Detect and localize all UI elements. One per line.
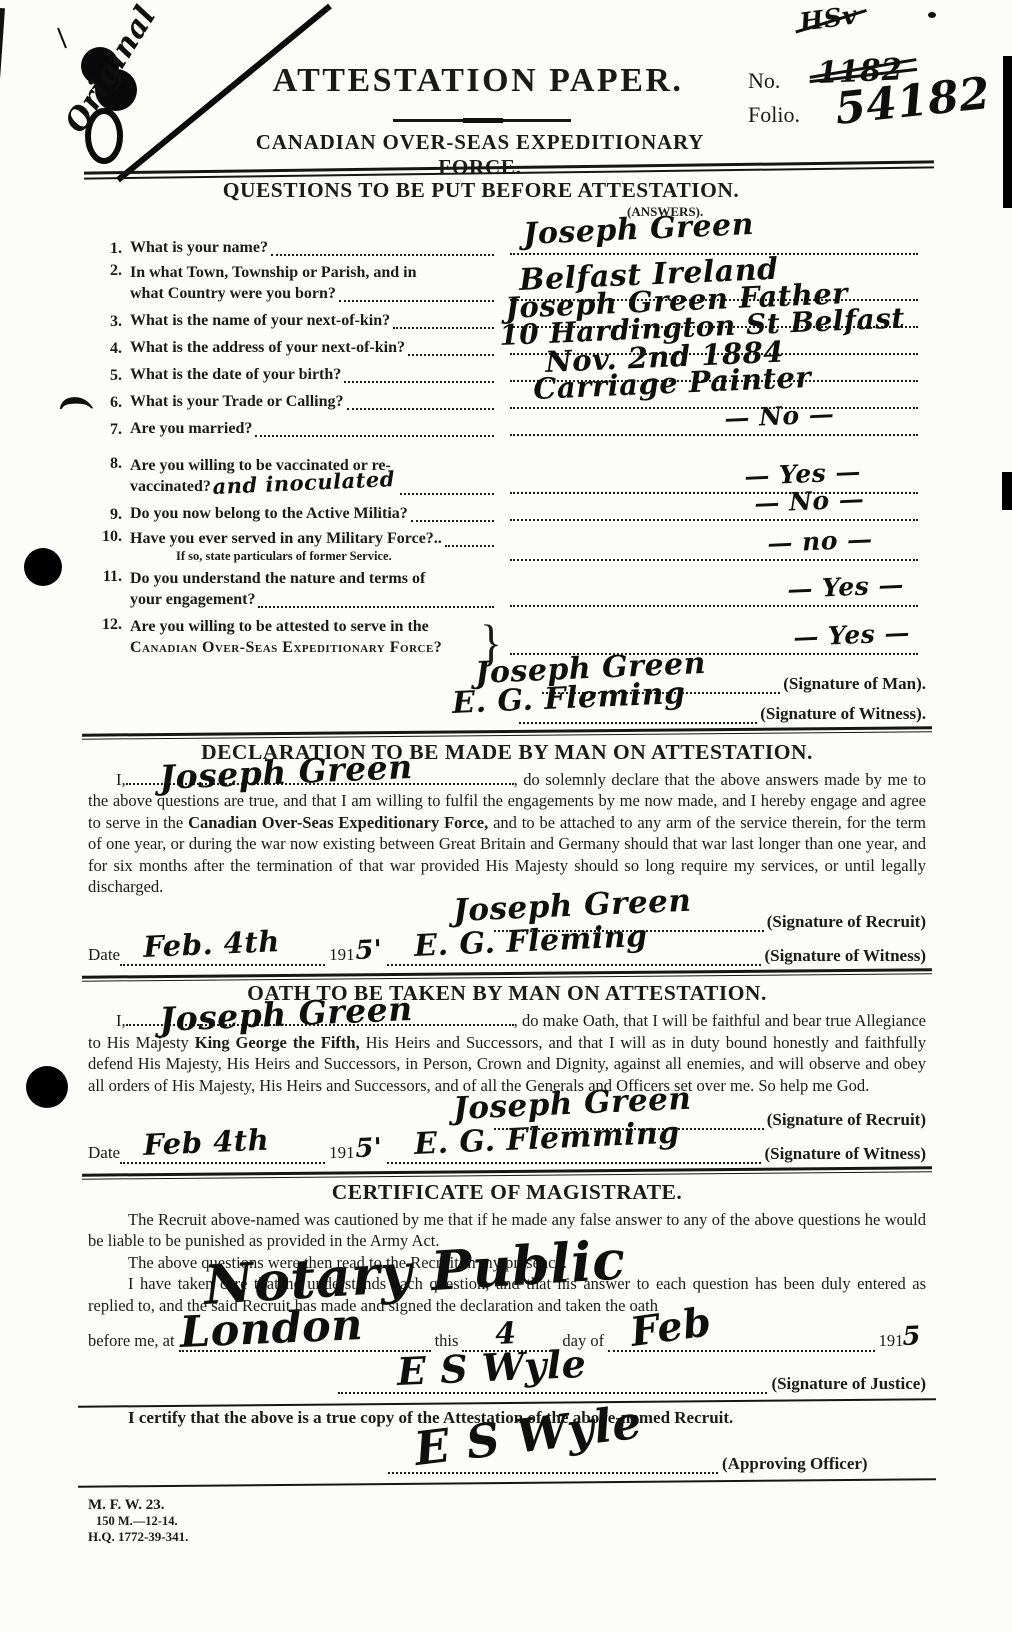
signature-of-witness-label: (Signature of Witness).	[760, 704, 926, 724]
signature-line: E S Wyle	[338, 1392, 767, 1394]
answer-10: — no —	[510, 524, 926, 564]
dotted-leader	[408, 350, 494, 356]
question-number: 11.	[88, 568, 130, 586]
scan-edge-artifact	[1003, 56, 1012, 208]
hq-reference: H.Q. 1772-39-341.	[88, 1529, 926, 1545]
oath-intro: I,	[88, 1011, 126, 1030]
date-handwriting: Feb. 4th	[143, 924, 281, 964]
answer-11: — Yes —	[510, 564, 926, 610]
question-text: Are you willing to be attested to serve …	[130, 616, 496, 637]
printed-year: 191	[325, 945, 356, 966]
month-handwriting: Feb	[628, 1298, 715, 1356]
dotted-leader	[411, 516, 494, 522]
signature-of-man-label: (Signature of Man).	[783, 674, 926, 694]
ink-speck	[928, 12, 936, 18]
question-text: What is your name?	[130, 237, 268, 258]
dotted-leader	[339, 296, 494, 302]
question-text: What is the address of your next-of-kin?	[130, 337, 405, 358]
attestation-paper-scan: Original HSv ( ATTESTATION PAPER. CANADI…	[0, 0, 1012, 1632]
magistrate-section: The Recruit above-named was cautioned by…	[88, 1209, 926, 1484]
question-row-10: 10. Have you ever served in any Military…	[88, 524, 926, 564]
question-text: Do you now belong to the Active Militia?	[130, 503, 408, 524]
answer-7: — No —	[510, 412, 926, 439]
question-number: 3.	[88, 313, 130, 331]
inserted-handwriting: and inoculated	[212, 468, 395, 497]
justice-signature-handwriting: E S Wyle	[396, 1341, 587, 1394]
printed-year: 191	[325, 1143, 356, 1164]
answer-handwriting: — Yes —	[793, 618, 911, 652]
question-number: 5.	[88, 367, 130, 385]
witness-blank: E. G. Flemming	[387, 1162, 762, 1164]
question-text: Do you understand the nature and terms o…	[130, 568, 496, 589]
approving-officer-row: E S Wyle (Approving Officer)	[388, 1428, 926, 1474]
question-row-1: 1. What is your name? Joseph Green	[88, 230, 926, 258]
question-text: vaccinated?	[130, 476, 211, 497]
question-text: What is the name of your next-of-kin?	[130, 310, 390, 331]
recruit-name-handwriting: Joseph Green	[159, 997, 413, 1030]
signature-of-witness-label: (Signature of Witness)	[764, 1144, 926, 1164]
no-label: No.	[748, 68, 780, 94]
answer-line	[510, 559, 918, 561]
question-number: 1.	[88, 240, 130, 258]
question-row-4: 4. What is the address of your next-of-k…	[88, 331, 926, 358]
witness-blank: E. G. Fleming	[387, 964, 762, 966]
answer-9: — No —	[510, 497, 926, 524]
oath-paragraph: I,Joseph Green, do make Oath, that I wil…	[88, 1010, 926, 1096]
answer-handwriting: — No —	[724, 399, 835, 433]
title-divider	[393, 119, 571, 122]
dotted-leader	[258, 602, 494, 608]
question-row-12: 12. Are you willing to be attested to se…	[88, 610, 926, 658]
year-handwriting: 5	[902, 1321, 922, 1352]
hole-punch-mark	[26, 1066, 68, 1108]
declaration-intro: I,	[88, 770, 126, 789]
question-row-7: 7. Are you married? — No —	[88, 412, 926, 439]
signature-of-justice-label: (Signature of Justice)	[771, 1374, 926, 1394]
form-body: 1. What is your name? Joseph Green 2. In…	[88, 230, 926, 1545]
oath-date-row: Date Feb 4th 191 5' E. G. Flemming (Sign…	[88, 1130, 926, 1164]
dotted-leader	[255, 431, 494, 437]
question-number: 7.	[88, 421, 130, 439]
answer-handwriting: — No —	[754, 484, 865, 518]
question-row-9: 9. Do you now belong to the Active Milit…	[88, 497, 926, 524]
question-number: 9.	[88, 506, 130, 524]
name-blank: Joseph Green	[126, 769, 514, 785]
signature-of-witness-label: (Signature of Witness)	[764, 946, 926, 966]
form-number: M. F. W. 23.	[88, 1497, 926, 1514]
crossed-out-scribble: HSv	[798, 0, 859, 37]
signature-of-recruit-label: (Signature of Recruit)	[767, 912, 926, 932]
print-run: 150 M.—12-14.	[88, 1514, 926, 1529]
approving-officer-label: (Approving Officer)	[722, 1454, 868, 1474]
section-divider	[82, 1166, 932, 1179]
dotted-leader	[344, 377, 494, 383]
questions-heading: QUESTIONS TO BE PUT BEFORE ATTESTATION.	[198, 178, 764, 203]
signature-line: E. G. Fleming	[519, 722, 757, 724]
answer-handwriting: — no —	[767, 524, 873, 558]
divider	[78, 1398, 936, 1407]
answer-6: Carriage Painter	[510, 385, 926, 412]
form-reference-block: M. F. W. 23. 150 M.—12-14. H.Q. 1772-39-…	[88, 1497, 926, 1545]
declaration-text-bold: Canadian Over-Seas Expeditionary Force,	[188, 813, 488, 832]
question-text: Canadian Over-Seas Expeditionary Force?	[130, 637, 442, 658]
answer-handwriting: Joseph Green	[522, 207, 754, 252]
declaration-paragraph: I,Joseph Green, do solemnly declare that…	[88, 769, 926, 898]
answer-line	[510, 519, 918, 521]
question-note: If so, state particulars of former Servi…	[176, 549, 496, 564]
section-divider	[82, 968, 932, 981]
question-text: What is the date of your birth?	[130, 364, 341, 385]
section-divider	[82, 726, 932, 739]
folio-label: Folio.	[748, 102, 800, 128]
answer-line	[510, 407, 918, 409]
question-text: What is your Trade or Calling?	[130, 391, 344, 412]
date-label: Date	[88, 945, 120, 966]
name-blank: Joseph Green	[126, 1010, 514, 1026]
question-number: 4.	[88, 340, 130, 358]
approving-officer-signature-handwriting: E S Wyle	[411, 1394, 644, 1475]
question-text: your engagement?	[130, 589, 255, 610]
year-handwriting: 5'	[354, 934, 382, 965]
question-number: 10.	[88, 528, 130, 546]
signature-of-witness-row: E. G. Fleming (Signature of Witness).	[88, 694, 926, 724]
date-handwriting: Feb 4th	[143, 1123, 270, 1162]
dotted-leader	[400, 489, 494, 495]
printed-year: 191	[879, 1331, 904, 1352]
question-text: Are you married?	[130, 418, 252, 439]
answer-handwriting: — Yes —	[787, 570, 905, 604]
justice-signature-row: E S Wyle (Signature of Justice)	[338, 1352, 926, 1394]
dotted-leader	[271, 250, 494, 256]
date-blank: Feb. 4th	[120, 964, 325, 966]
question-text: In what Town, Township or Parish, and in	[130, 262, 496, 283]
hole-punch-mark	[24, 548, 62, 586]
date-label: Date	[88, 1143, 120, 1164]
question-number: 2.	[88, 262, 130, 280]
page-title: ATTESTATION PAPER.	[258, 62, 698, 100]
answer-line	[510, 434, 918, 436]
recruit-name-handwriting: Joseph Green	[159, 756, 413, 789]
question-text: what Country were you born?	[130, 283, 336, 304]
dotted-leader	[347, 404, 494, 410]
dotted-leader	[393, 323, 494, 329]
answer-line	[510, 605, 918, 607]
question-number: 6.	[88, 394, 130, 412]
dotted-leader	[445, 541, 494, 547]
question-text: Have you ever served in any Military For…	[130, 528, 442, 549]
question-number: 12.	[88, 616, 130, 634]
divider	[78, 1478, 936, 1487]
signature-line: E S Wyle	[388, 1472, 718, 1474]
declaration-date-row: Date Feb. 4th 191 5' E. G. Fleming (Sign…	[88, 932, 926, 966]
question-row-11: 11. Do you understand the nature and ter…	[88, 564, 926, 610]
magistrate-heading: CERTIFICATE OF MAGISTRATE.	[88, 1180, 926, 1205]
scan-edge-artifact	[1002, 472, 1012, 510]
before-me-label: before me, at	[88, 1331, 175, 1352]
question-number: 8.	[88, 455, 130, 473]
year-handwriting: 5'	[354, 1133, 382, 1164]
signature-of-recruit-label: (Signature of Recruit)	[767, 1110, 926, 1130]
date-blank: Feb 4th	[120, 1162, 325, 1164]
